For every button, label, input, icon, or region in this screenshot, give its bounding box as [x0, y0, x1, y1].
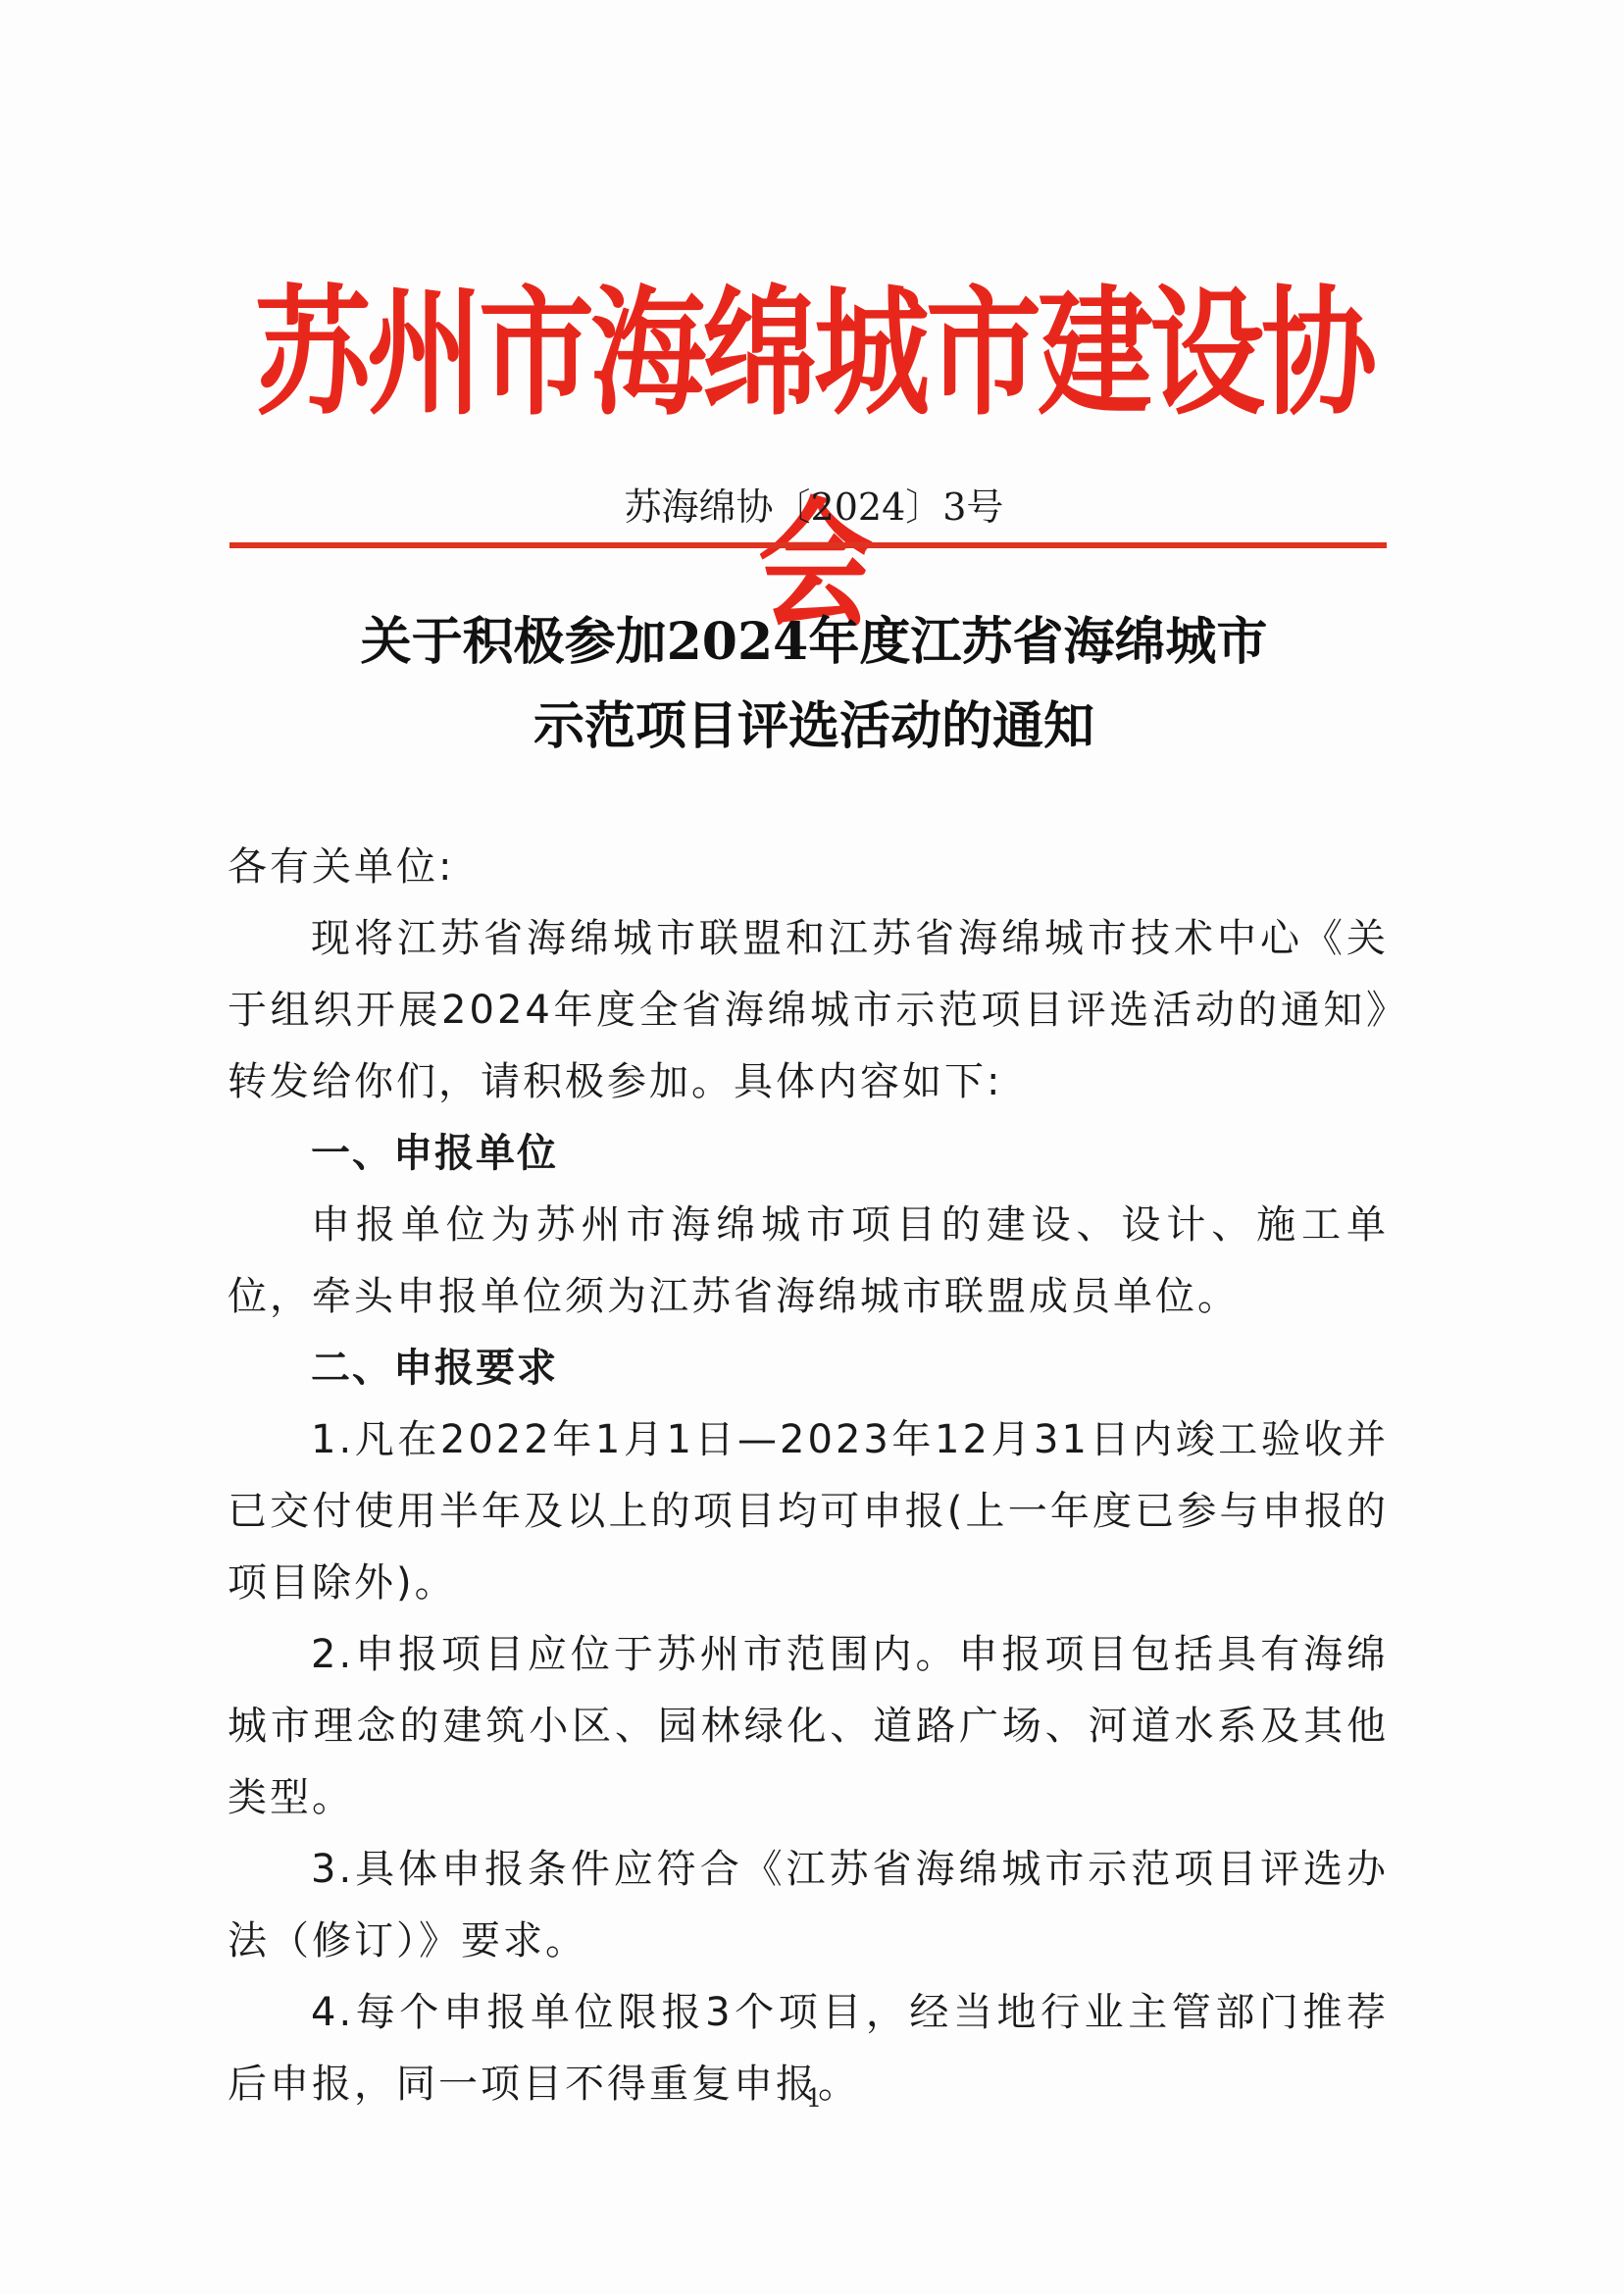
document-page: 苏州市海绵城市建设协会 苏海绵协〔2024〕3号 关于积极参加2024年度江苏省… — [0, 0, 1624, 2294]
requirement-item-3: 3.具体申报条件应符合《江苏省海绵城市示范项目评选办法（修订）》要求。 — [228, 1834, 1389, 1977]
intro-paragraph: 现将江苏省海绵城市联盟和江苏省海绵城市技术中心《关于组织开展2024年度全省海绵… — [228, 903, 1389, 1118]
notice-title: 关于积极参加2024年度江苏省海绵城市 示范项目评选活动的通知 — [235, 600, 1393, 769]
section-heading-applicants: 一、申报单位 — [228, 1118, 1389, 1190]
notice-body: 各有关单位: 现将江苏省海绵城市联盟和江苏省海绵城市技术中心《关于组织开展202… — [228, 832, 1389, 2120]
organization-masthead: 苏州市海绵城市建设协会 — [235, 247, 1393, 459]
section-paragraph: 申报单位为苏州市海绵城市项目的建设、设计、施工单位，牵头申报单位须为江苏省海绵城… — [228, 1190, 1389, 1333]
salutation: 各有关单位: — [228, 832, 1389, 903]
red-divider-line — [229, 542, 1387, 548]
section-heading-requirements: 二、申报要求 — [228, 1333, 1389, 1404]
requirement-item-1: 1.凡在2022年1月1日—2023年12月31日内竣工验收并已交付使用半年及以… — [228, 1404, 1389, 1619]
requirement-item-2: 2.申报项目应位于苏州市范围内。申报项目包括具有海绵城市理念的建筑小区、园林绿化… — [228, 1619, 1389, 1834]
page-number: 1 — [765, 2084, 863, 2114]
title-line-1: 关于积极参加2024年度江苏省海绵城市 — [235, 600, 1393, 685]
title-line-2: 示范项目评选活动的通知 — [235, 685, 1393, 769]
document-number: 苏海绵协〔2024〕3号 — [235, 483, 1393, 532]
